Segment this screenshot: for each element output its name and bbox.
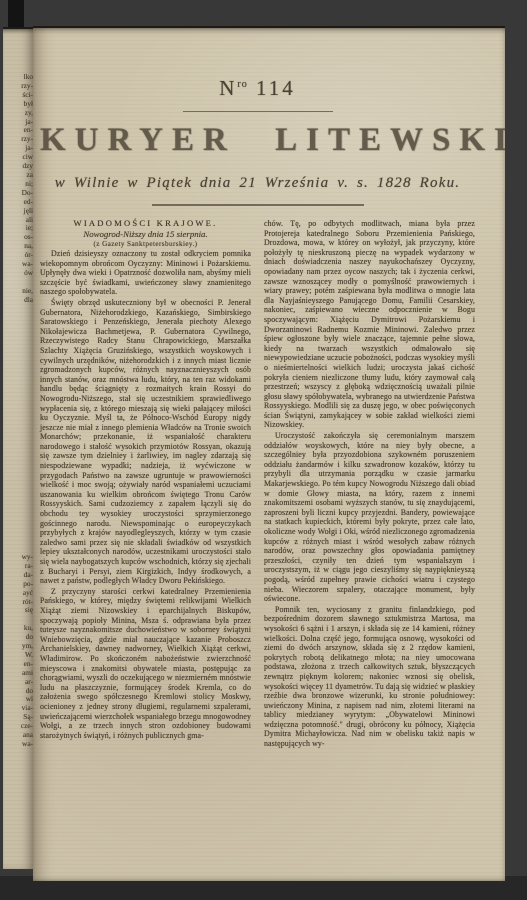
issue-value: 114	[256, 76, 296, 100]
section-heading: WIADOMOŚCI KRAJOWE.	[40, 218, 251, 228]
masthead-dateline: w Wilnie w Piątek dnia 21 Września v. s.…	[40, 175, 475, 192]
article-columns: WIADOMOŚCI KRAJOWE. Nowogrod-Niższy dnia…	[40, 218, 475, 749]
newspaper-page: Nro 114 KURYER LITEWSKI w Wilnie w Piąte…	[33, 26, 505, 881]
adjacent-page-fragments-upper: lkorzy-ści-byłzy,ja-en-rzy-ja-ciwdzyzani…	[3, 73, 37, 305]
issue-prefix: N	[219, 76, 237, 100]
page-header: Nro 114 KURYER LITEWSKI w Wilnie w Piąte…	[40, 76, 475, 206]
column-right: chów. Tę, po odbytych modlitwach, miana …	[264, 218, 475, 749]
dateline-divider-rule	[152, 204, 364, 206]
source-attribution: (z Gazety Sanktpetersburskiey.)	[40, 240, 251, 248]
fragment-line: dla	[3, 296, 37, 305]
adjacent-page-fragments-lower: wy-ra-da-po-ayćrót-sięku,doym,W.en-amiar…	[3, 553, 37, 749]
adjacent-page-edge: lkorzy-ści-byłzy,ja-en-rzy-ja-ciwdzyzani…	[3, 27, 37, 869]
header-divider-rule	[183, 111, 333, 112]
masthead-title: KURYER LITEWSKI	[40, 122, 475, 159]
article-paragraph: chów. Tę, po odbytych modlitwach, miana …	[264, 219, 475, 430]
issue-number: Nro 114	[40, 76, 475, 101]
article-paragraph: Uroczystość zakończyła się ceremonialnym…	[264, 431, 475, 604]
fragment-line: się	[3, 606, 37, 615]
article-dateline: Nowogrod-Niższy dnia 15 sierpnia.	[40, 229, 251, 239]
page-content: Nro 114 KURYER LITEWSKI w Wilnie w Piąte…	[33, 28, 505, 749]
article-paragraph: Z przyczyny starości cerkwi katedralney …	[40, 587, 251, 741]
fragment-line: wa-	[3, 740, 37, 749]
article-paragraph: Dzień dzisieyszy oznaczony tu został odk…	[40, 249, 251, 297]
scanned-newspaper-view: { "scan": { "background_color": "#383838…	[0, 0, 527, 900]
article-paragraph: Święty obrzęd uskuteczniony był w obecno…	[40, 298, 251, 586]
issue-superscript: ro	[237, 79, 247, 90]
column-left: WIADOMOŚCI KRAJOWE. Nowogrod-Niższy dnia…	[40, 218, 251, 749]
fragment-line: ów	[3, 269, 37, 278]
article-paragraph: Pomnik ten, wyciosany z granitu finlandz…	[264, 605, 475, 749]
